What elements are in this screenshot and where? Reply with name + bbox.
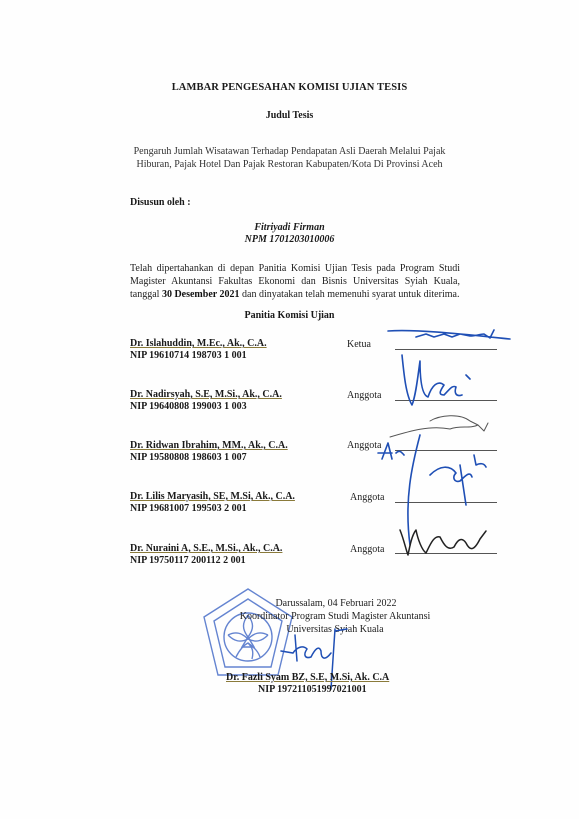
exam-date: 30 Desember 2021	[162, 289, 240, 300]
thesis-title-line-1: Pengaruh Jumlah Wisatawan Terhadap Penda…	[0, 145, 579, 158]
document-page: LAMBAR PENGESAHAN KOMISI UJIAN TESIS Jud…	[0, 0, 579, 819]
committee-member-nip: NIP 19610714 198703 1 001	[130, 350, 247, 361]
author-npm: NPM 1701203010006	[0, 234, 579, 245]
committee-member-name: Dr. Nuraini A, S.E., M.Si., Ak., C.A.	[130, 543, 282, 554]
place-date: Darussalam, 04 Februari 2022	[236, 597, 436, 610]
approval-statement: Telah dipertahankan di depan Panitia Kom…	[130, 262, 460, 301]
author-name: Fitriyadi Firman	[0, 222, 579, 233]
committee-member-name: Dr. Islahuddin, M.Ec., Ak., C.A.	[130, 338, 267, 349]
committee-member-nip: NIP 19580808 198603 1 007	[130, 452, 247, 463]
committee-member-name: Dr. Lilis Maryasih, SE, M.Si, Ak., C.A.	[130, 491, 295, 502]
coordinator-title: Koordinator Program Studi Magister Akunt…	[210, 610, 460, 623]
committee-member-name: Dr. Ridwan Ibrahim, MM., Ak., C.A.	[130, 440, 288, 451]
committee-member-nip: NIP 19750117 200112 2 001	[130, 555, 246, 566]
prepared-by-label: Disusun oleh :	[130, 197, 191, 208]
committee-heading: Panitia Komisi Ujian	[0, 310, 579, 321]
coordinator-name: Dr. Fazli Syam BZ, S.E, M.Si, Ak. C.A	[226, 672, 389, 683]
coordinator-nip: NIP 197211051997021001	[258, 684, 367, 695]
handwritten-signatures	[360, 325, 520, 575]
committee-member-nip: NIP 19640808 199003 1 003	[130, 401, 247, 412]
thesis-label: Judul Tesis	[0, 110, 579, 121]
thesis-title: Pengaruh Jumlah Wisatawan Terhadap Penda…	[0, 145, 579, 171]
committee-member-name: Dr. Nadirsyah, S.E, M.Si., Ak., C.A.	[130, 389, 282, 400]
document-title: LAMBAR PENGESAHAN KOMISI UJIAN TESIS	[0, 82, 579, 93]
thesis-title-line-2: Hiburan, Pajak Hotel Dan Pajak Restoran …	[0, 158, 579, 171]
committee-member-nip: NIP 19681007 199503 2 001	[130, 503, 247, 514]
